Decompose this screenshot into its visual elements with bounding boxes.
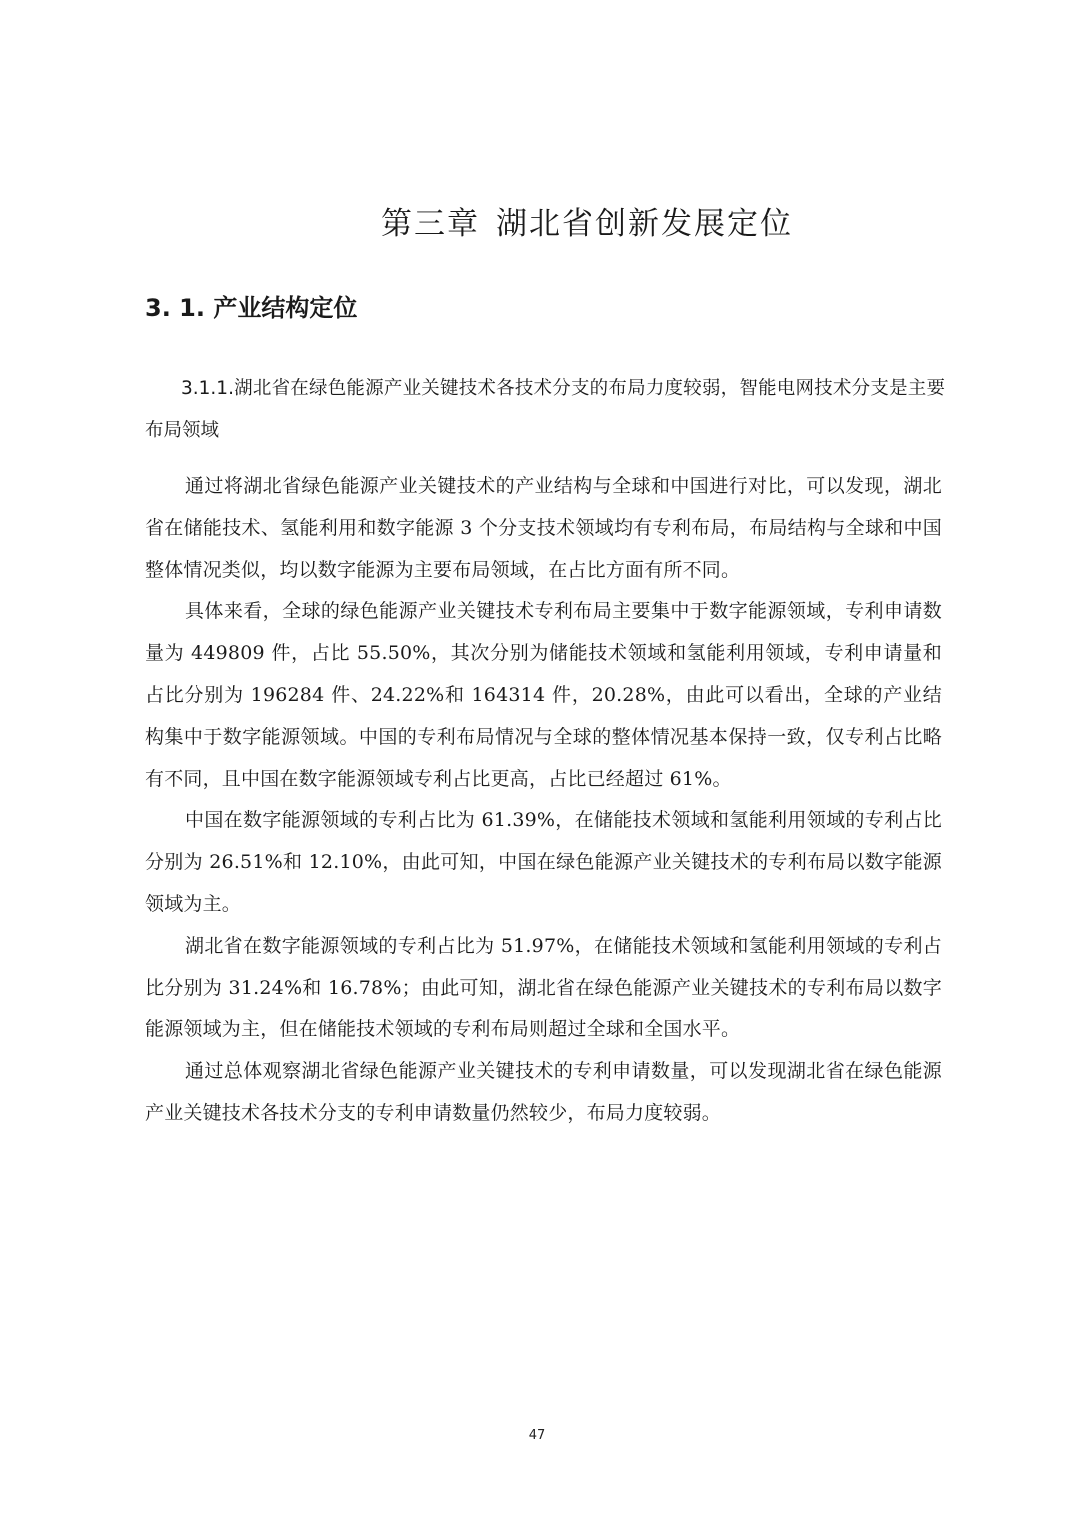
body-text: 通过将湖北省绿色能源产业关键技术的产业结构与全球和中国进行对比，可以发现，湖北省… (145, 466, 942, 1135)
chapter-number: 第三章 (381, 206, 480, 242)
paragraph-china-structure: 中国在数字能源领域的专利占比为 61.39%，在储能技术领域和氢能利用领域的专利… (145, 800, 942, 925)
subsection-heading: 3.1.1.湖北省在绿色能源产业关键技术各技术分支的布局力度较弱，智能电网技术分… (145, 368, 945, 452)
paragraph-conclusion: 通过总体观察湖北省绿色能源产业关键技术的专利申请数量，可以发现湖北省在绿色能源产… (145, 1051, 942, 1135)
chapter-title: 第三章湖北省创新发展定位 (0, 198, 1074, 243)
section-heading: 3. 1. 产业结构定位 (145, 288, 357, 323)
chapter-name: 湖北省创新发展定位 (496, 206, 793, 242)
page-number: 47 (0, 1428, 1074, 1443)
paragraph-global-structure: 具体来看，全球的绿色能源产业关键技术专利布局主要集中于数字能源领域，专利申请数量… (145, 591, 942, 800)
document-page: 第三章湖北省创新发展定位 3. 1. 产业结构定位 3.1.1.湖北省在绿色能源… (0, 0, 1074, 1520)
paragraph-comparison-overview: 通过将湖北省绿色能源产业关键技术的产业结构与全球和中国进行对比，可以发现，湖北省… (145, 466, 942, 591)
paragraph-hubei-structure: 湖北省在数字能源领域的专利占比为 51.97%，在储能技术领域和氢能利用领域的专… (145, 926, 942, 1051)
